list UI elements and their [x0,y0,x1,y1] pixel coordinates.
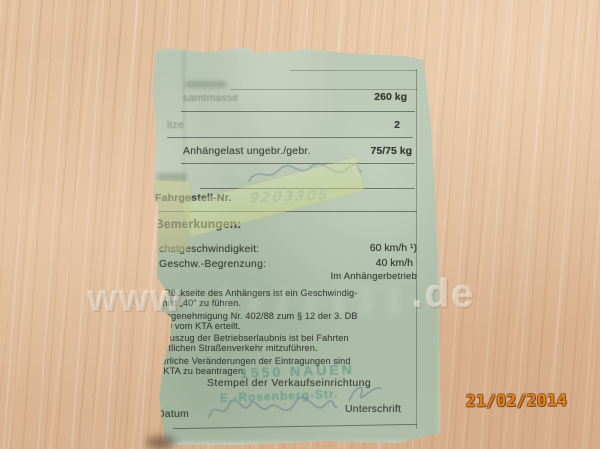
tape-piece-left-edge [141,180,191,252]
field-label: Anhängelast ungebr./gebr. [183,145,311,157]
photo-of-document-on-wood-table: samtmasse 260 kg itze 2 Anhängelast unge… [0,0,600,449]
ruled-line [167,137,413,138]
field-label: samtmasse [183,92,238,104]
paper-shadow [146,436,176,449]
field-value: 2 [335,119,400,131]
field-value: 75/75 kg [335,145,412,157]
camera-date-stamp: 21/02/2014 [466,391,567,411]
watermark-middle-blur [182,288,410,314]
watermark-suffix: .de [412,272,476,317]
field-label: itze [167,119,184,131]
field-label: Geschw.-Begrenzung: [159,258,266,270]
datum-label: Datum [157,408,189,420]
field-value: 260 kg [335,91,407,103]
ruled-line [230,89,418,90]
handwritten-date-scrawl [203,393,343,425]
field-value: 40 km/h [335,257,413,269]
unterschrift-label: Unterschrift [345,403,401,415]
vehicle-document-paper: samtmasse 260 kg itze 2 Anhängelast unge… [145,45,443,445]
condition-line: VZO vom KTA erteilt. [153,321,421,331]
watermark-prefix: www [88,278,183,321]
ruled-line [290,70,417,71]
condition-line: ffentlichen Straßenverkehr mitzuführen. [153,343,421,353]
worn-patch [240,53,308,101]
faded-label-smudge [185,81,227,88]
ruled-line [181,111,415,112]
condition-line: er Auszug der Betriebserlaubnis ist bei … [153,333,421,343]
field-value: 60 km/h ¹) [335,242,417,254]
table-right-border [416,69,417,429]
handwritten-flourish [345,381,385,405]
anhaengerbetrieb-note: Im Anhängerbetrieb [295,271,417,282]
